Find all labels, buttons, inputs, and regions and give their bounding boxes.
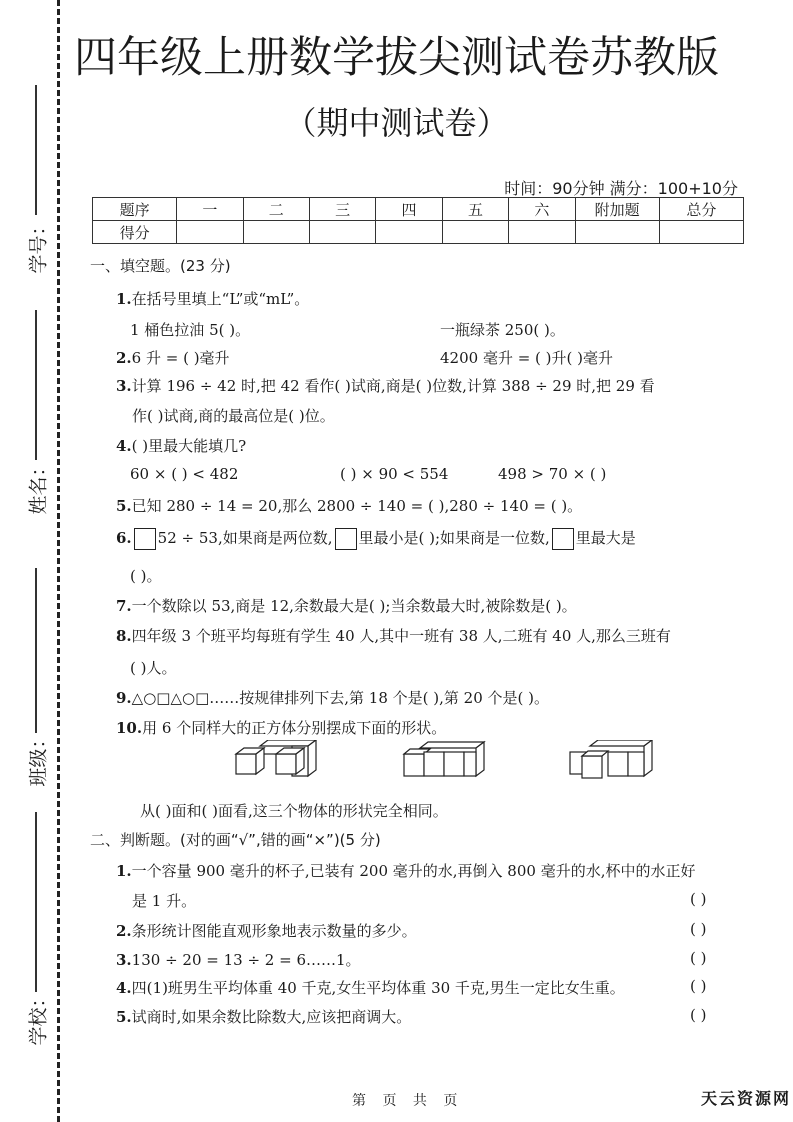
question-text: 用 6 个同样大的正方体分别摆成下面的形状。 (142, 719, 446, 737)
class-label: 班级： (24, 757, 51, 787)
question-1-7: 7.一个数除以 53,商是 12,余数最大是( );当余数最大时,被除数是( )… (116, 595, 577, 616)
question-text: 一个数除以 53,商是 12,余数最大是( );当余数最大时,被除数是( )。 (132, 597, 577, 615)
blank-box[interactable] (552, 528, 574, 550)
question-1-6: 6.52 ÷ 53,如果商是两位数,里最小是( );如果商是一位数,里最大是 (116, 527, 636, 550)
student-name-line (35, 310, 37, 460)
question-text: 6 升 = ( )毫升 (132, 349, 230, 367)
score-table-header-cell: 二 (243, 198, 309, 221)
score-input-cell[interactable] (309, 221, 375, 244)
page-subtitle: （期中测试卷） (0, 98, 793, 144)
school-label: 学校： (24, 1016, 51, 1046)
question-number: 9. (116, 689, 132, 707)
question-text: 130 ÷ 20 = 13 ÷ 2 = 6……1。 (132, 951, 361, 969)
question-text: 里最大是 (576, 529, 636, 547)
question-1-8-cont: ( )人。 (130, 657, 176, 678)
score-table-header-cell: 一 (177, 198, 243, 221)
judge-answer-paren[interactable]: ( ) (690, 977, 706, 995)
question-1-3: 3.计算 196 ÷ 42 时,把 42 看作( )试商,商是( )位数,计算 … (116, 375, 655, 396)
score-table-header-cell: 附加题 (575, 198, 659, 221)
question-1-1: 1.在括号里填上“L”或“mL”。 (116, 288, 309, 309)
question-1-1-b: 一瓶绿茶 250( )。 (440, 319, 565, 340)
score-table-header-cell: 五 (442, 198, 508, 221)
judge-question-1-cont: 是 1 升。 (132, 890, 196, 911)
question-number: 4. (116, 979, 132, 997)
judge-answer-paren[interactable]: ( ) (690, 1006, 706, 1024)
question-1-9: 9.△○□△○□……按规律排列下去,第 18 个是( ),第 20 个是( )。 (116, 687, 549, 708)
score-table-header-cell: 总分 (659, 198, 743, 221)
judge-question-2: 2.条形统计图能直观形象地表示数量的多少。 (116, 920, 417, 941)
question-1-10: 10.用 6 个同样大的正方体分别摆成下面的形状。 (116, 717, 446, 738)
question-text: 在括号里填上“L”或“mL”。 (132, 290, 310, 308)
question-number: 6. (116, 529, 132, 547)
score-table-header-cell: 四 (376, 198, 442, 221)
binding-dashed-line (57, 0, 60, 1122)
question-text: 52 ÷ 53,如果商是两位数, (158, 529, 333, 547)
score-input-cell[interactable] (575, 221, 659, 244)
question-number: 4. (116, 437, 132, 455)
score-table: 题序 一 二 三 四 五 六 附加题 总分 得分 (92, 197, 744, 244)
question-1-2-b: 4200 毫升 = ( )升( )毫升 (440, 347, 613, 368)
score-table-score-row: 得分 (93, 221, 744, 244)
question-text: 一个容量 900 毫升的杯子,已装有 200 毫升的水,再倒入 800 毫升的水… (132, 862, 696, 880)
student-id-label: 学号： (24, 244, 51, 274)
judge-question-1: 1.一个容量 900 毫升的杯子,已装有 200 毫升的水,再倒入 800 毫升… (116, 860, 695, 881)
score-input-cell[interactable] (177, 221, 243, 244)
score-input-cell[interactable] (243, 221, 309, 244)
question-1-2: 2.6 升 = ( )毫升 (116, 347, 230, 368)
question-1-10-cont: 从( )面和( )面看,这三个物体的形状完全相同。 (140, 800, 448, 821)
score-table-header-cell: 三 (309, 198, 375, 221)
question-number: 1. (116, 290, 132, 308)
question-text: 四年级 3 个班平均每班有学生 40 人,其中一班有 38 人,二班有 40 人… (132, 627, 671, 645)
section-2-title: 二、判断题。(对的画“√”,错的画“×”)(5 分) (90, 829, 381, 850)
question-number: 2. (116, 349, 132, 367)
judge-question-3: 3.130 ÷ 20 = 13 ÷ 2 = 6……1。 (116, 949, 361, 970)
question-number: 5. (116, 1008, 132, 1026)
score-table-header-cell: 六 (509, 198, 575, 221)
score-input-cell[interactable] (376, 221, 442, 244)
question-1-6-cont: ( )。 (130, 565, 161, 586)
brand-watermark: 天云资源网 (701, 1086, 791, 1109)
section-1-title: 一、填空题。(23 分) (90, 255, 231, 276)
question-1-1-a: 1 桶色拉油 5( )。 (130, 319, 250, 340)
blank-box[interactable] (335, 528, 357, 550)
question-text: 试商时,如果余数比除数大,应该把商调大。 (132, 1008, 412, 1026)
question-text: 计算 196 ÷ 42 时,把 42 看作( )试商,商是( )位数,计算 38… (132, 377, 655, 395)
question-number: 5. (116, 497, 132, 515)
question-text: 条形统计图能直观形象地表示数量的多少。 (132, 922, 417, 940)
student-name-field[interactable]: 姓名： (22, 310, 52, 510)
question-text: 四(1)班男生平均体重 40 千克,女生平均体重 30 千克,男生一定比女生重。 (132, 979, 625, 997)
score-row-label: 得分 (93, 221, 177, 244)
question-1-4-b: ( ) × 90 < 554 (340, 465, 448, 483)
question-1-4-c: 498 > 70 × ( ) (498, 465, 606, 483)
question-number: 10. (116, 719, 142, 737)
question-1-3-cont: 作( )试商,商的最高位是( )位。 (132, 405, 335, 426)
score-input-cell[interactable] (659, 221, 743, 244)
judge-answer-paren[interactable]: ( ) (690, 920, 706, 938)
question-number: 2. (116, 922, 132, 940)
score-input-cell[interactable] (442, 221, 508, 244)
score-input-cell[interactable] (509, 221, 575, 244)
cube-figure-2 (400, 740, 500, 790)
page-title: 四年级上册数学拔尖测试卷苏教版 (0, 24, 793, 85)
school-line (35, 812, 37, 992)
question-number: 7. (116, 597, 132, 615)
question-number: 1. (116, 862, 132, 880)
question-1-8: 8.四年级 3 个班平均每班有学生 40 人,其中一班有 38 人,二班有 40… (116, 625, 671, 646)
judge-answer-paren[interactable]: ( ) (690, 890, 706, 908)
question-text: ( )里最大能填几? (132, 437, 247, 455)
question-1-4: 4.( )里最大能填几? (116, 435, 246, 456)
question-text: △○□△○□……按规律排列下去,第 18 个是( ),第 20 个是( )。 (132, 689, 549, 707)
cube-figure-3 (568, 740, 668, 790)
class-field[interactable]: 班级： (22, 568, 52, 768)
student-name-label: 姓名： (24, 485, 51, 515)
page-number-footer: 第 页 共 页 (352, 1090, 463, 1110)
score-table-header-row: 题序 一 二 三 四 五 六 附加题 总分 (93, 198, 744, 221)
question-number: 3. (116, 951, 132, 969)
question-number: 3. (116, 377, 132, 395)
question-1-5: 5.已知 280 ÷ 14 = 20,那么 2800 ÷ 140 = ( ),2… (116, 495, 582, 516)
question-text: 里最小是( );如果商是一位数, (359, 529, 550, 547)
judge-answer-paren[interactable]: ( ) (690, 949, 706, 967)
score-table-header-cell: 题序 (93, 198, 177, 221)
question-text: 已知 280 ÷ 14 = 20,那么 2800 ÷ 140 = ( ),280… (132, 497, 583, 515)
cube-figure-1 (232, 740, 332, 790)
judge-question-5: 5.试商时,如果余数比除数大,应该把商调大。 (116, 1006, 411, 1027)
question-number: 8. (116, 627, 132, 645)
question-1-4-a: 60 × ( ) < 482 (130, 465, 238, 483)
exam-time-score-info: 时间：90分钟 满分：100+10分 (504, 176, 738, 199)
blank-box[interactable] (134, 528, 156, 550)
school-field[interactable]: 学校： (22, 812, 52, 1032)
class-line (35, 568, 37, 733)
judge-question-4: 4.四(1)班男生平均体重 40 千克,女生平均体重 30 千克,男生一定比女生… (116, 977, 625, 998)
